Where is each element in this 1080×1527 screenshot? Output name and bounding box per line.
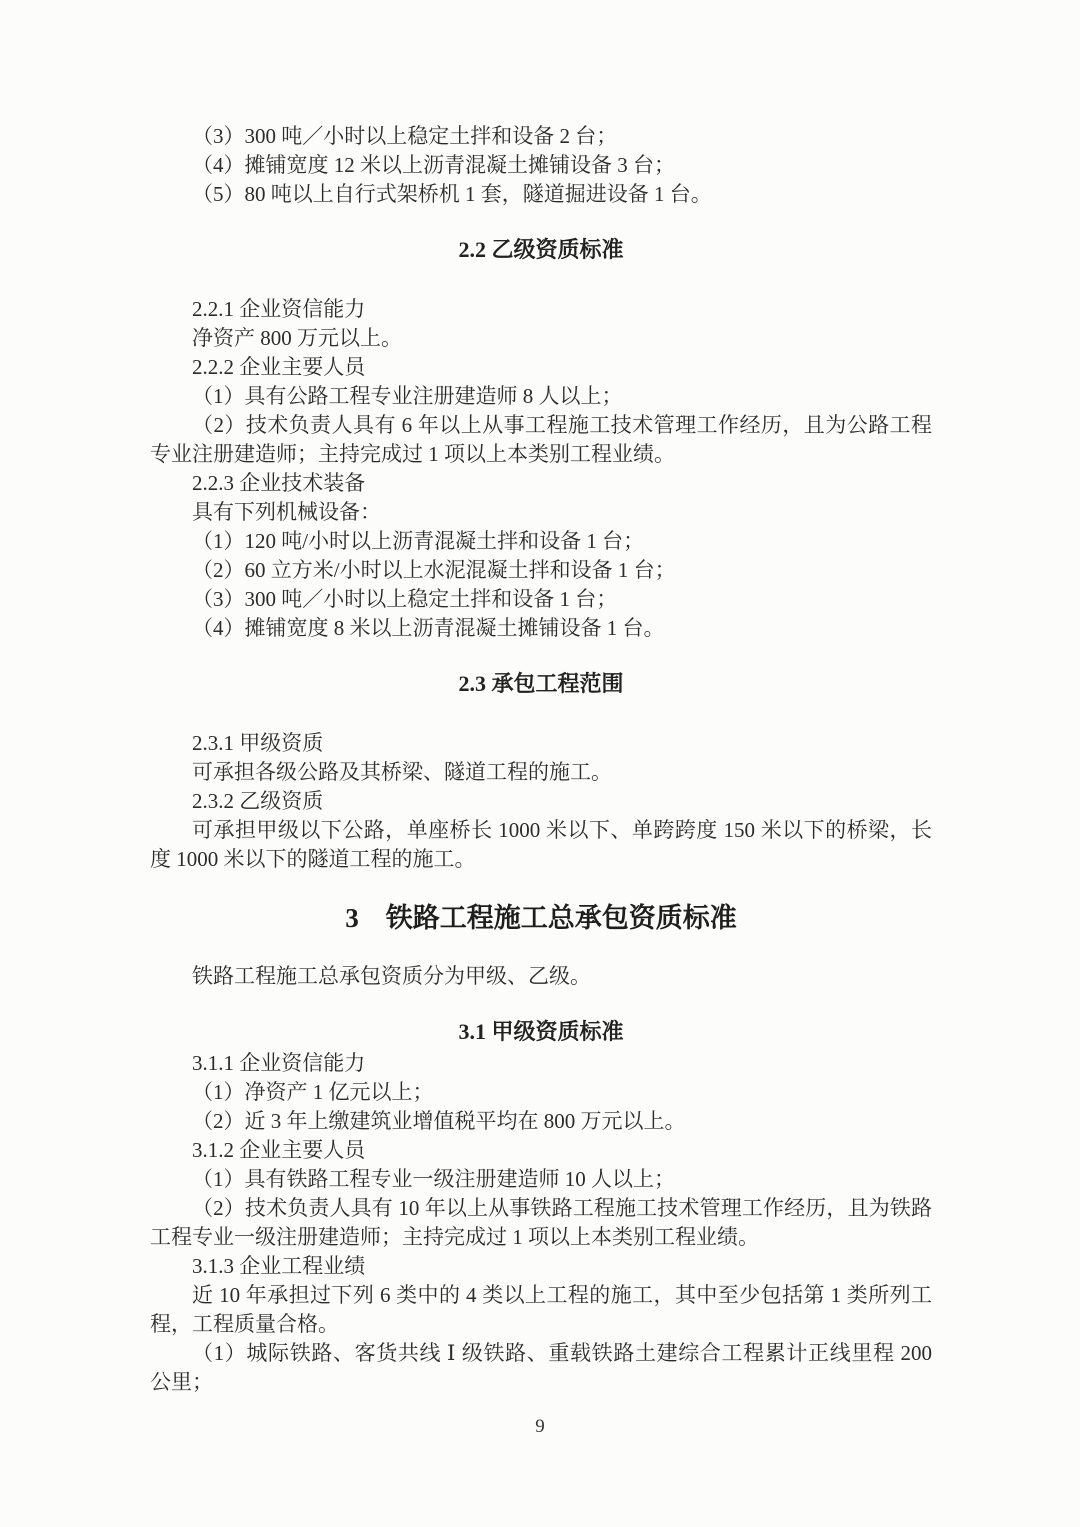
body-paragraph: 具有下列机械设备： xyxy=(150,498,932,527)
clause-title: 3.1.3 企业工程业绩 xyxy=(150,1252,932,1281)
list-item: （4）摊铺宽度 8 米以上沥青混凝土摊铺设备 1 台。 xyxy=(150,614,932,643)
list-item: （1）城际铁路、客货共线 Ⅰ 级铁路、重载铁路土建综合工程累计正线里程 200 … xyxy=(150,1339,932,1397)
clause-title: 2.2.1 企业资信能力 xyxy=(150,295,932,324)
list-item: （3）300 吨／小时以上稳定土拌和设备 1 台； xyxy=(150,585,932,614)
clause-title: 3.1.2 企业主要人员 xyxy=(150,1136,932,1165)
body-paragraph: 近 10 年承担过下列 6 类中的 4 类以上工程的施工，其中至少包括第 1 类… xyxy=(150,1281,932,1339)
list-item: （1）120 吨/小时以上沥青混凝土拌和设备 1 台； xyxy=(150,527,932,556)
page-number: 9 xyxy=(0,1412,1080,1441)
list-item: （2）技术负责人具有 6 年以上从事工程施工技术管理工作经历，且为公路工程专业注… xyxy=(150,411,932,469)
section-heading-2-3: 2.3 承包工程范围 xyxy=(150,669,932,699)
list-item: （1）净资产 1 亿元以上； xyxy=(150,1078,932,1107)
page-content: （3）300 吨／小时以上稳定土拌和设备 2 台； （4）摊铺宽度 12 米以上… xyxy=(150,122,932,1397)
clause-title: 3.1.1 企业资信能力 xyxy=(150,1049,932,1078)
list-item: （3）300 吨／小时以上稳定土拌和设备 2 台； xyxy=(150,122,932,151)
document-page: （3）300 吨／小时以上稳定土拌和设备 2 台； （4）摊铺宽度 12 米以上… xyxy=(0,0,1080,1527)
clause-title: 2.2.2 企业主要人员 xyxy=(150,353,932,382)
list-item: （2）60 立方米/小时以上水泥混凝土拌和设备 1 台； xyxy=(150,556,932,585)
body-paragraph: 可承担甲级以下公路，单座桥长 1000 米以下、单跨跨度 150 米以下的桥梁，… xyxy=(150,816,932,874)
list-item: （1）具有公路工程专业注册建造师 8 人以上； xyxy=(150,382,932,411)
section-heading-3-1: 3.1 甲级资质标准 xyxy=(150,1017,932,1047)
list-item: （4）摊铺宽度 12 米以上沥青混凝土摊铺设备 3 台； xyxy=(150,151,932,180)
body-paragraph: 铁路工程施工总承包资质分为甲级、乙级。 xyxy=(150,962,932,991)
clause-title: 2.3.2 乙级资质 xyxy=(150,787,932,816)
list-item: （1）具有铁路工程专业一级注册建造师 10 人以上； xyxy=(150,1165,932,1194)
clause-title: 2.3.1 甲级资质 xyxy=(150,729,932,758)
body-paragraph: 可承担各级公路及其桥梁、隧道工程的施工。 xyxy=(150,758,932,787)
list-item: （5）80 吨以上自行式架桥机 1 套，隧道掘进设备 1 台。 xyxy=(150,180,932,209)
list-item: （2）技术负责人具有 10 年以上从事铁路工程施工技术管理工作经历，且为铁路工程… xyxy=(150,1194,932,1252)
body-paragraph: 净资产 800 万元以上。 xyxy=(150,324,932,353)
list-item: （2）近 3 年上缴建筑业增值税平均在 800 万元以上。 xyxy=(150,1107,932,1136)
section-heading-2-2: 2.2 乙级资质标准 xyxy=(150,235,932,265)
clause-title: 2.2.3 企业技术装备 xyxy=(150,469,932,498)
chapter-heading-3: 3 铁路工程施工总承包资质标准 xyxy=(150,900,932,936)
